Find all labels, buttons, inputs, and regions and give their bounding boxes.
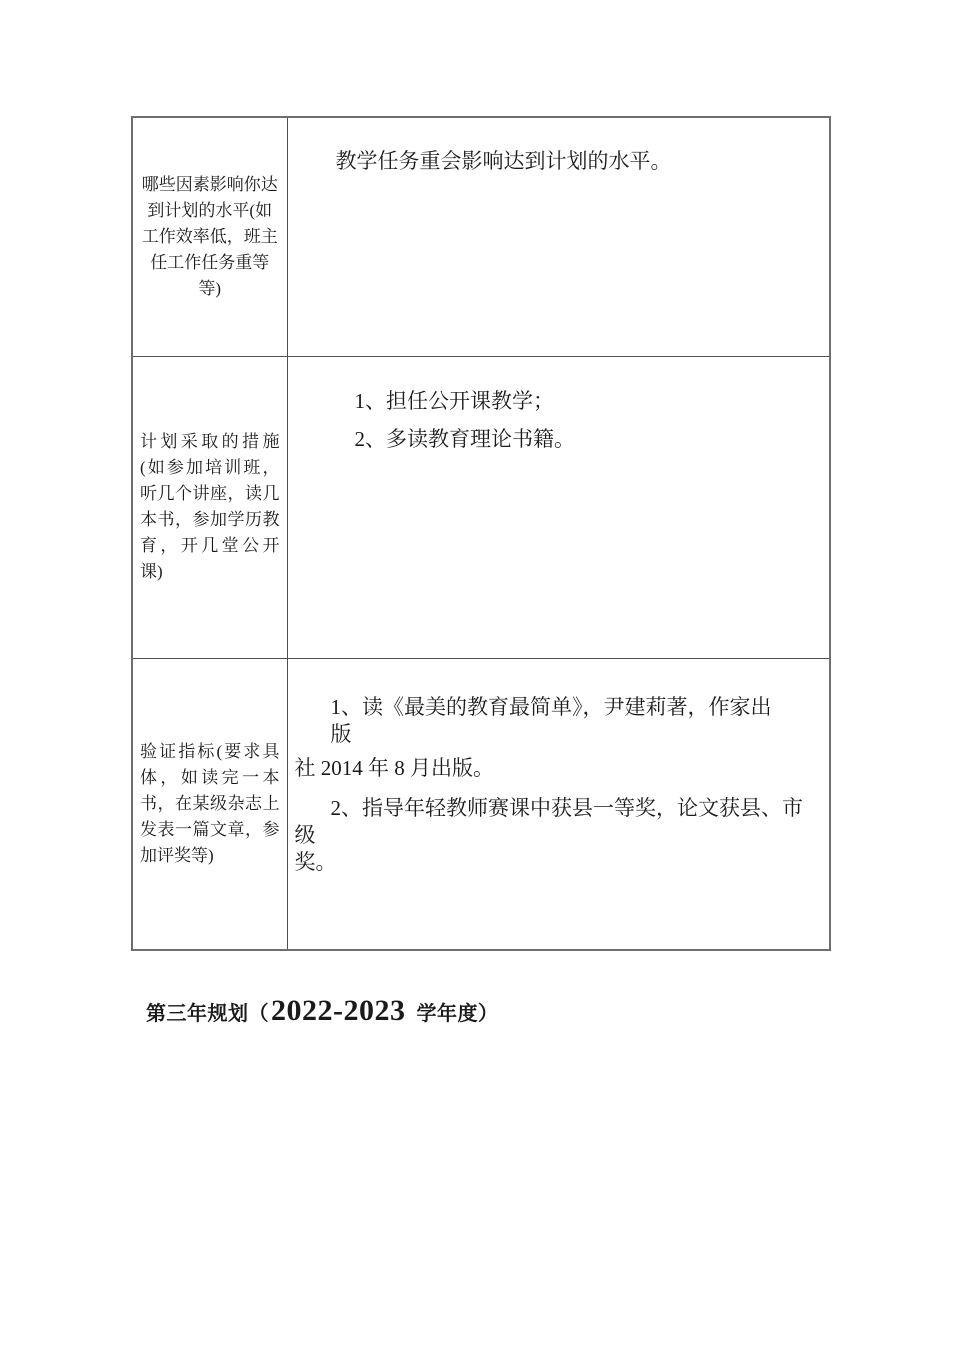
row-label-cell-measures: 计划采取的措施 (如参加培训班， 听几个讲座，读几 本书，参加学历教 育，开几堂…: [132, 356, 287, 658]
table-row: 哪些因素影响你达 到计划的水平(如 工作效率低，班主 任工作任务重等 等) 教学…: [132, 117, 830, 356]
label-line: 加评奖等): [140, 843, 280, 869]
plan-table: 哪些因素影响你达 到计划的水平(如 工作效率低，班主 任工作任务重等 等) 教学…: [131, 116, 831, 951]
label-line: 工作效率低，班主: [140, 224, 280, 250]
content-paragraph: 1、担任公开课教学；: [295, 388, 823, 415]
content-paragraph: 2、多读教育理论书籍。: [295, 426, 823, 453]
label-line: 听几个讲座，读几: [140, 481, 280, 507]
heading-suffix: 学年度: [417, 997, 479, 1026]
label-line: 到计划的水平(如: [140, 198, 280, 224]
row-label-cell-factors: 哪些因素影响你达 到计划的水平(如 工作效率低，班主 任工作任务重等 等): [132, 117, 287, 356]
row-label-cell-indicators: 验证指标(要求具 体，如读完一本 书，在某级杂志上 发表一篇文章，参 加评奖等): [132, 658, 287, 950]
heading-paren-close: ）: [478, 997, 499, 1026]
content-line: 奖。: [295, 849, 823, 876]
table-row: 计划采取的措施 (如参加培训班， 听几个讲座，读几 本书，参加学历教 育，开几堂…: [132, 356, 830, 658]
row-content-cell-indicators: 1、读《最美的教育最简单》，尹建莉著，作家出 版 社 2014 年 8 月出版。…: [287, 658, 830, 950]
section-heading: 第三年规划 （ 2022-2023 学年度 ）: [146, 994, 499, 1028]
row-content-cell-measures: 1、担任公开课教学； 2、多读教育理论书籍。: [287, 356, 830, 658]
table-row: 验证指标(要求具 体，如读完一本 书，在某级杂志上 发表一篇文章，参 加评奖等)…: [132, 658, 830, 950]
label-line: 本书，参加学历教: [140, 507, 280, 533]
label-line: 体，如读完一本: [140, 765, 280, 791]
label-line: 课): [140, 559, 280, 585]
label-line: 哪些因素影响你达: [140, 172, 280, 198]
label-line: (如参加培训班，: [140, 455, 280, 481]
heading-years: 2022-2023: [271, 994, 406, 1028]
label-line: 书，在某级杂志上: [140, 791, 280, 817]
content-line: 1、读《最美的教育最简单》，尹建莉著，作家出: [295, 694, 823, 721]
content-line: 社 2014 年 8 月出版。: [295, 755, 823, 782]
content-paragraph: 教学任务重会影响达到计划的水平。: [295, 148, 823, 175]
row-content-cell-factors: 教学任务重会影响达到计划的水平。: [287, 117, 830, 356]
document-page: 哪些因素影响你达 到计划的水平(如 工作效率低，班主 任工作任务重等 等) 教学…: [0, 0, 960, 1357]
heading-prefix: 第三年规划: [146, 997, 249, 1026]
label-line: 任工作任务重等: [140, 250, 280, 276]
heading-paren-open: （: [249, 997, 270, 1026]
content-line: 版: [295, 721, 823, 748]
label-line: 育，开几堂公开: [140, 533, 280, 559]
label-line: 等): [140, 276, 280, 302]
label-line: 发表一篇文章，参: [140, 817, 280, 843]
content-line: 2、指导年轻教师赛课中获县一等奖，论文获县、市级: [295, 795, 823, 849]
label-line: 验证指标(要求具: [140, 739, 280, 765]
label-line: 计划采取的措施: [140, 429, 280, 455]
